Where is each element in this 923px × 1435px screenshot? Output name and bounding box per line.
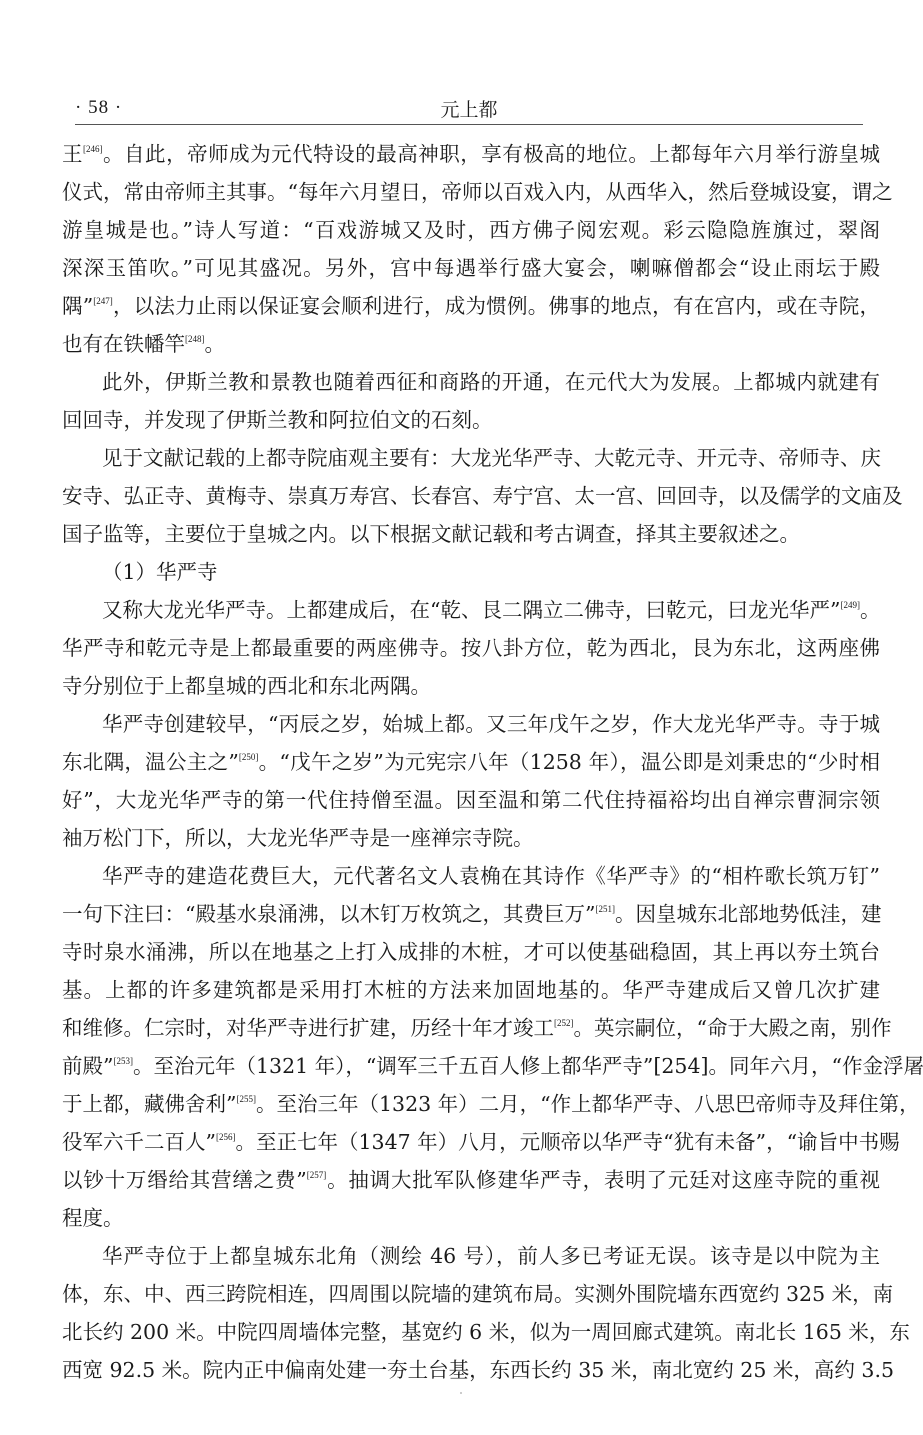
line-text: 体，东、中、西三跨院相连，四周围以院墙的建筑布局。实测外围院墙东西宽约 325 … <box>62 1282 893 1306</box>
line-text: 华严寺和乾元寺是上都最重要的两座佛寺。按八卦方位，乾为西北，艮为东北，这两座佛 <box>62 636 880 660</box>
line-text: 东北隅，温公主之” <box>62 750 239 774</box>
page-header: · 58 · 元上都 <box>75 93 863 125</box>
body-text: 王[246]。自此，帝师成为元代特设的最高神职，享有极高的地位。上都每年六月举行… <box>62 135 880 1389</box>
footnote-ref: [249] <box>840 600 860 610</box>
text-line: 以钞十万缗给其营缮之费”[257]。抽调大批军队修建华严寺，表明了元廷对这座寺院… <box>62 1161 880 1199</box>
line-text: 游皇城是也。”诗人写道：“百戏游城又及时，西方佛子阅宏观。彩云隐隐旌旗过，翠阁 <box>62 218 880 242</box>
text-line: 役军六千二百人”[256]。至正七年（1347 年）八月，元顺帝以华严寺“犹有未… <box>62 1123 880 1161</box>
line-text: 役军六千二百人” <box>62 1130 216 1154</box>
text-line: 前殿”[253]。至治元年（1321 年），“调军三千五百人修上都华严寺”[25… <box>62 1047 880 1085</box>
text-line: 华严寺和乾元寺是上都最重要的两座佛寺。按八卦方位，乾为西北，艮为东北，这两座佛 <box>62 629 880 667</box>
line-text: 也有在铁幡竿 <box>62 332 185 356</box>
line-text: 基。上都的许多建筑都是采用打木桩的方法来加固地基的。华严寺建成后又曾几次扩建 <box>62 978 880 1002</box>
line-text: 深深玉笛吹。”可见其盛况。另外，宫中每遇举行盛大宴会，喇嘛僧都会“设止雨坛于殿 <box>62 256 880 280</box>
text-line: 和维修。仁宗时，对华严寺进行扩建，历经十年才竣工[252]。英宗嗣位，“命于大殿… <box>62 1009 880 1047</box>
line-text: 。“戊午之岁”为元宪宗八年（1258 年），温公即是刘秉忠的“少时相 <box>258 750 880 774</box>
text-line: 东北隅，温公主之”[250]。“戊午之岁”为元宪宗八年（1258 年），温公即是… <box>62 743 880 781</box>
text-line: 袖万松门下，所以，大龙光华严寺是一座禅宗寺院。 <box>62 819 880 857</box>
text-line: 好”，大龙光华严寺的第一代住持僧至温。因至温和第二代住持福裕均出自禅宗曹洞宗领 <box>62 781 880 819</box>
line-text: 回回寺，并发现了伊斯兰教和阿拉伯文的石刻。 <box>62 408 493 432</box>
line-text: 。 <box>860 598 881 622</box>
text-line: 见于文献记载的上都寺院庙观主要有：大龙光华严寺、大乾元寺、开元寺、帝师寺、庆 <box>62 439 880 477</box>
text-line: 游皇城是也。”诗人写道：“百戏游城又及时，西方佛子阅宏观。彩云隐隐旌旗过，翠阁 <box>62 211 880 249</box>
text-line: 又称大龙光华严寺。上都建成后，在“乾、艮二隅立二佛寺，曰乾元，曰龙光华严”[24… <box>62 591 880 629</box>
text-line: 华严寺的建造花费巨大，元代著名文人袁桷在其诗作《华严寺》的“相杵歌长筑万钉” <box>62 857 880 895</box>
line-text: 寺时泉水涌沸，所以在地基之上打入成排的木桩，才可以使基础稳固，其上再以夯土筑台 <box>62 940 880 964</box>
line-text: 西宽 92.5 米。院内正中偏南处建一夯土台基，东西长约 35 米，南北宽约 2… <box>62 1358 894 1382</box>
footnote-ref: [251] <box>595 904 615 914</box>
text-line: 体，东、中、西三跨院相连，四周围以院墙的建筑布局。实测外围院墙东西宽约 325 … <box>62 1275 880 1313</box>
line-text: 以钞十万缗给其营缮之费” <box>62 1168 307 1192</box>
line-text: 于上都，藏佛舍利” <box>62 1092 236 1116</box>
line-text: 国子监等，主要位于皇城之内。以下根据文献记载和考古调查，择其主要叙述之。 <box>62 522 800 546</box>
text-line: 基。上都的许多建筑都是采用打木桩的方法来加固地基的。华严寺建成后又曾几次扩建 <box>62 971 880 1009</box>
line-text: 仪式，常由帝师主其事。“每年六月望日，帝师以百戏入内，从西华入，然后登城设宴，谓… <box>62 180 892 204</box>
line-text: ，以法力止雨以保证宴会顺利进行，成为惯例。佛事的地点，有在宫内，或在寺院， <box>113 294 880 318</box>
line-text: 和维修。仁宗时，对华严寺进行扩建，历经十年才竣工 <box>62 1016 554 1040</box>
line-text: 华严寺的建造花费巨大，元代著名文人袁桷在其诗作《华严寺》的“相杵歌长筑万钉” <box>102 864 880 888</box>
line-text: 。抽调大批军队修建华严寺，表明了元廷对这座寺院的重视 <box>326 1168 880 1192</box>
line-text: 。因皇城东北部地势低洼，建 <box>615 902 882 926</box>
footnote-ref: [246] <box>83 144 103 154</box>
line-text: 一句下注曰：“殿基水泉涌沸，以木钉万枚筑之，其费巨万” <box>62 902 595 926</box>
text-line: 程度。 <box>62 1199 880 1237</box>
line-text: 安寺、弘正寺、黄梅寺、崇真万寿宫、长春宫、寿宁宫、太一宫、回回寺，以及儒学的文庙… <box>62 484 903 508</box>
line-text: 。至治元年（1321 年），“调军三千五百人修上都华严寺”[254]。同年六月，… <box>133 1054 923 1078</box>
line-text: 此外，伊斯兰教和景教也随着西征和商路的开通，在元代大为发展。上都城内就建有 <box>102 370 880 394</box>
text-line: 隅”[247]，以法力止雨以保证宴会顺利进行，成为惯例。佛事的地点，有在宫内，或… <box>62 287 880 325</box>
line-text: 程度。 <box>62 1206 124 1230</box>
text-line: 寺分别位于上都皇城的西北和东北两隅。 <box>62 667 880 705</box>
footnote-ref: [257] <box>307 1170 327 1180</box>
line-text: 好”，大龙光华严寺的第一代住持僧至温。因至温和第二代住持福裕均出自禅宗曹洞宗领 <box>62 788 880 812</box>
footnote-ref: [255] <box>236 1094 256 1104</box>
text-line: 深深玉笛吹。”可见其盛况。另外，宫中每遇举行盛大宴会，喇嘛僧都会“设止雨坛于殿 <box>62 249 880 287</box>
line-text: 又称大龙光华严寺。上都建成后，在“乾、艮二隅立二佛寺，曰乾元，曰龙光华严” <box>102 598 840 622</box>
line-text: 。 <box>205 332 226 356</box>
line-text: 。自此，帝师成为元代特设的最高神职，享有极高的地位。上都每年六月举行游皇城 <box>103 142 881 166</box>
footnote-ref: [250] <box>239 752 259 762</box>
line-text: 北长约 200 米。中院四周墙体完整，基宽约 6 米，似为一周回廊式建筑。南北长… <box>62 1320 910 1344</box>
text-line: 仪式，常由帝师主其事。“每年六月望日，帝师以百戏入内，从西华入，然后登城设宴，谓… <box>62 173 880 211</box>
line-text: （1）华严寺 <box>102 560 218 584</box>
footnote-ref: [253] <box>113 1056 133 1066</box>
text-line: 也有在铁幡竿[248]。 <box>62 325 880 363</box>
text-line: 西宽 92.5 米。院内正中偏南处建一夯土台基，东西长约 35 米，南北宽约 2… <box>62 1351 880 1389</box>
text-line: 此外，伊斯兰教和景教也随着西征和商路的开通，在元代大为发展。上都城内就建有 <box>62 363 880 401</box>
text-line: 国子监等，主要位于皇城之内。以下根据文献记载和考古调查，择其主要叙述之。 <box>62 515 880 553</box>
footnote-ref: [248] <box>185 334 205 344</box>
running-title: 元上都 <box>75 95 863 122</box>
line-text: 寺分别位于上都皇城的西北和东北两隅。 <box>62 674 431 698</box>
line-text: 华严寺位于上都皇城东北角（测绘 46 号），前人多已考证无误。该寺是以中院为主 <box>102 1244 880 1268</box>
text-line: 一句下注曰：“殿基水泉涌沸，以木钉万枚筑之，其费巨万”[251]。因皇城东北部地… <box>62 895 880 933</box>
text-line: 回回寺，并发现了伊斯兰教和阿拉伯文的石刻。 <box>62 401 880 439</box>
text-line: （1）华严寺 <box>62 553 880 591</box>
footnote-ref: [247] <box>93 296 113 306</box>
text-line: 王[246]。自此，帝师成为元代特设的最高神职，享有极高的地位。上都每年六月举行… <box>62 135 880 173</box>
text-line: 安寺、弘正寺、黄梅寺、崇真万寿宫、长春宫、寿宁宫、太一宫、回回寺，以及儒学的文庙… <box>62 477 880 515</box>
text-line: 华严寺位于上都皇城东北角（测绘 46 号），前人多已考证无误。该寺是以中院为主 <box>62 1237 880 1275</box>
line-text: 前殿” <box>62 1054 113 1078</box>
text-line: 于上都，藏佛舍利”[255]。至治三年（1323 年）二月，“作上都华严寺、八思… <box>62 1085 880 1123</box>
line-text: 华严寺创建较早，“丙辰之岁，始城上都。又三年戊午之岁，作大龙光华严寺。寺于城 <box>102 712 880 736</box>
text-line: 寺时泉水涌沸，所以在地基之上打入成排的木桩，才可以使基础稳固，其上再以夯土筑台 <box>62 933 880 971</box>
line-text: 。至正七年（1347 年）八月，元顺帝以华严寺“犹有未备”，“谕旨中书赐 <box>235 1130 899 1154</box>
line-text: 隅” <box>62 294 93 318</box>
line-text: 王 <box>62 142 83 166</box>
footnote-ref: [256] <box>216 1132 236 1142</box>
text-line: 北长约 200 米。中院四周墙体完整，基宽约 6 米，似为一周回廊式建筑。南北长… <box>62 1313 880 1351</box>
scan-speck <box>460 1392 462 1394</box>
line-text: 袖万松门下，所以，大龙光华严寺是一座禅宗寺院。 <box>62 826 534 850</box>
footnote-ref: [252] <box>554 1018 574 1028</box>
header-rule <box>75 124 863 125</box>
line-text: 。英宗嗣位，“命于大殿之南，别作 <box>574 1016 892 1040</box>
line-text: 见于文献记载的上都寺院庙观主要有：大龙光华严寺、大乾元寺、开元寺、帝师寺、庆 <box>102 446 881 470</box>
text-line: 华严寺创建较早，“丙辰之岁，始城上都。又三年戊午之岁，作大龙光华严寺。寺于城 <box>62 705 880 743</box>
line-text: 。至治三年（1323 年）二月，“作上都华严寺、八思巴帝师寺及拜住第， <box>256 1092 920 1116</box>
